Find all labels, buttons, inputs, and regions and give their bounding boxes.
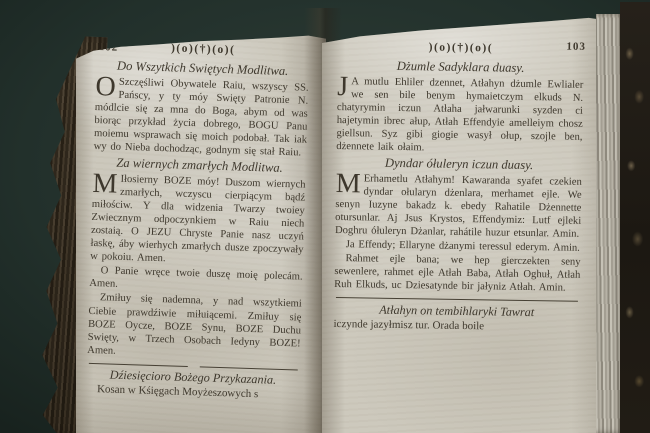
section-title: Dźiesięcioro Bożego Przykazania. — [86, 367, 299, 389]
clipped-bottom-line: Kosan w Kśięgach Moyżeszowych s — [86, 383, 299, 402]
right-page-header: )(o)(†)(o)( 103 — [338, 40, 584, 61]
book-photo: 102 )(o)(†)(o)( Do Wszytkich Swiętych Mo… — [0, 0, 650, 433]
page-ornament: )(o)(†)(o)( — [338, 40, 584, 56]
paragraph: MErhametlu Atłahym! Kawaranda syafet cze… — [335, 172, 582, 241]
prayer-title: Dyndar ółuleryn iczun duasy. — [336, 155, 582, 174]
page-number-right: 103 — [566, 41, 586, 53]
prayer-title: Do Wszytkich Swiętych Modlitwa. — [96, 58, 309, 80]
right-page-content: )(o)(†)(o)( 103 Dżumle Sadyklara duasy. … — [333, 40, 584, 334]
prayer-title: Dżumle Sadyklara duasy. — [337, 58, 583, 77]
paragraph: Rahmet ejle bana; we hep gierczekten sen… — [334, 252, 581, 295]
prayer-title: Za wiernych zmarłych Modlitwa. — [93, 155, 306, 177]
section-divider — [336, 297, 578, 302]
left-page-content: 102 )(o)(†)(o)( Do Wszytkich Swiętych Mo… — [86, 40, 310, 401]
left-page-header: 102 )(o)(†)(o)( — [96, 40, 309, 64]
paragraph-text: Erhametlu Atłahym! Kawaranda syafet czek… — [335, 173, 582, 240]
left-page: 102 )(o)(†)(o)( Do Wszytkich Swiętych Mo… — [76, 34, 326, 433]
clipped-bottom-line: iczynde jazyłmisz tur. Orada boile — [333, 318, 579, 334]
paragraph-text: A mutlu Ehliler dzennet, Atłahyn dżumle … — [336, 76, 583, 154]
page-ornament: )(o)(†)(o)( — [97, 40, 310, 59]
paragraph: MIłosierny BOZE móy! Duszom wiernych zma… — [90, 171, 306, 269]
paragraph: JA mutlu Ehliler dzennet, Atłahyn dżumle… — [336, 75, 583, 157]
paragraph: O Panie wręce twoie duszę moię polecám. … — [89, 264, 303, 297]
paragraph: Ja Effendy; Ellaryne dżanymi teressul ed… — [335, 238, 581, 255]
paragraph-text: Iłosierny BOZE móy! Duszom wiernych zmar… — [90, 173, 306, 264]
book-cover-edge — [620, 2, 650, 433]
paragraph: OSzczęśliwi Obywatele Raiu, wszyscy SS. … — [93, 75, 308, 160]
paragraph: Zmiłuy się nademna, y nad wszytkiemi Cie… — [87, 291, 302, 363]
right-page: )(o)(†)(o)( 103 Dżumle Sadyklara duasy. … — [322, 12, 612, 433]
drop-cap: M — [336, 173, 361, 195]
drop-cap: M — [92, 172, 118, 195]
drop-cap: J — [337, 76, 348, 98]
section-title: Atłahyn on tembihlaryki Tawrat — [334, 302, 580, 321]
paragraph-text: Szczęśliwi Obywatele Raiu, wszyscy SS. P… — [93, 77, 308, 159]
section-divider — [89, 363, 298, 371]
drop-cap: O — [95, 76, 116, 99]
